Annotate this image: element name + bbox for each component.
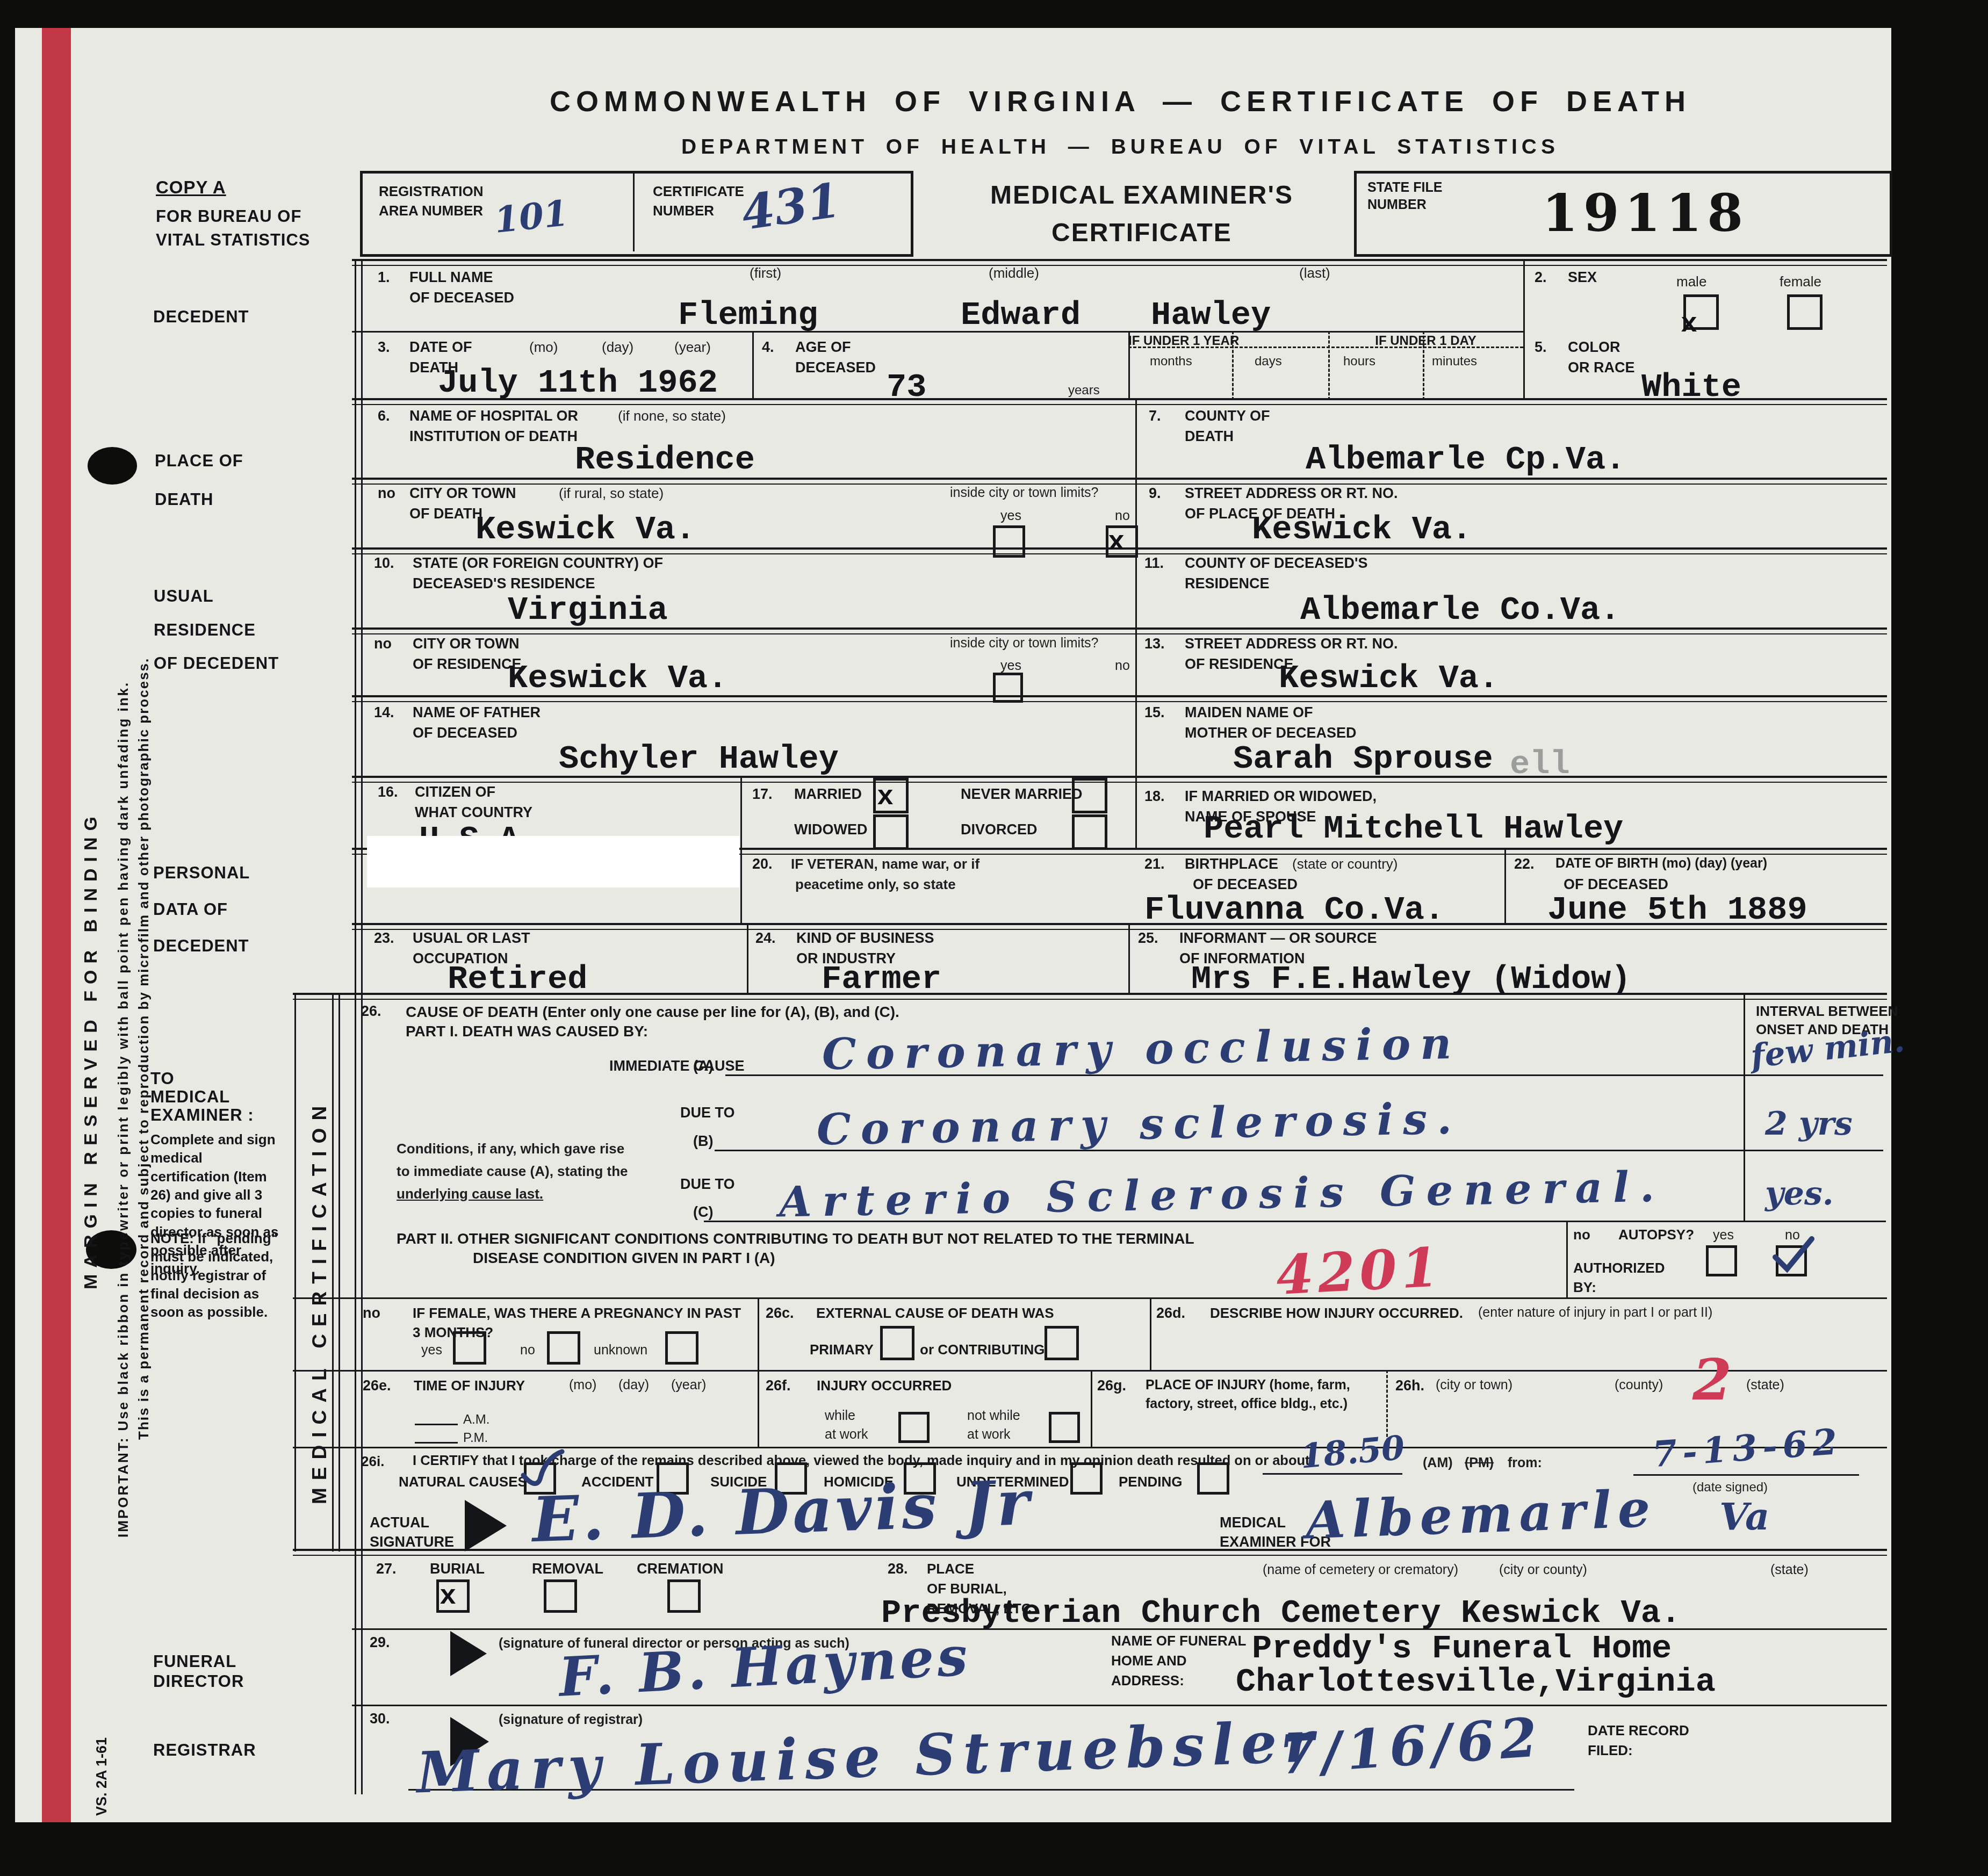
fullname-label2: OF DECEASED (409, 289, 514, 307)
interval-b-value: 2 yrs (1765, 1108, 1853, 1140)
copy-label: COPY A (156, 177, 226, 198)
pregnancy-yes-label: yes (421, 1342, 442, 1359)
state-residence-value: Virginia (508, 594, 668, 627)
informant-label1: INFORMANT — OR SOURCE (1179, 929, 1377, 948)
mo-hint: (mo) (529, 338, 558, 356)
punch-hole (88, 447, 137, 485)
authorized-label1: AUTHORIZED (1573, 1259, 1665, 1277)
years-label: years (1068, 383, 1100, 399)
rule (1091, 1370, 1092, 1447)
father-value: Schyler Hawley (559, 742, 839, 776)
copy-for-line2: VITAL STATISTICS (156, 230, 311, 250)
side-to2: MEDICAL (150, 1087, 230, 1107)
side-usual1: USUAL (154, 587, 214, 606)
city-death-label1: CITY OR TOWN (409, 485, 516, 503)
state-file-label1: STATE FILE (1367, 179, 1442, 196)
hours-label: hours (1343, 353, 1375, 370)
immediate-cause-label: IMMEDIATE CAUSE (609, 1057, 745, 1076)
authorized-label2: BY: (1573, 1279, 1596, 1296)
occupation-label1: USUAL OR LAST (413, 929, 530, 948)
primary-label: PRIMARY (810, 1341, 874, 1359)
sex-female-label: female (1780, 273, 1821, 291)
married-label: MARRIED (794, 785, 862, 804)
describe-injury-number: 26d. (1156, 1304, 1185, 1323)
date-of-death-number: 3. (378, 338, 390, 357)
informant-value: Mrs F.E.Hawley (Widow) (1191, 963, 1631, 996)
cause-a-value: Coronary occlusion (822, 1022, 1461, 1076)
due-to-label-1: DUE TO (680, 1104, 735, 1122)
side-registrar: REGISTRAR (153, 1741, 256, 1760)
rule (332, 993, 340, 1552)
margin-permanent-text: This is a permanent record and subject t… (135, 658, 152, 1440)
rule (1566, 1221, 1568, 1297)
cremation-label: CREMATION (637, 1560, 724, 1578)
limits2-label: inside city or town limits? (950, 635, 1098, 652)
county-death-number: 7. (1149, 407, 1161, 425)
copy-for-line1: FOR BUREAU OF (156, 207, 301, 226)
age-label1: AGE OF (795, 338, 851, 357)
never-married-checkbox (1072, 778, 1107, 813)
injury-occurred-label: INJURY OCCURRED (817, 1377, 952, 1395)
cause-number: 26. (361, 1002, 381, 1021)
injury-state-hint: (state) (1746, 1377, 1784, 1394)
ampm-from: from: (1508, 1455, 1542, 1471)
business-label1: KIND OF BUSINESS (796, 929, 934, 948)
pending-label: PENDING (1119, 1473, 1182, 1491)
sex-label: SEX (1568, 269, 1597, 287)
registrar-number: 30. (370, 1710, 390, 1728)
fullname-number: 1. (378, 269, 390, 287)
county-death-value: Albemarle Cp.Va. (1306, 443, 1625, 477)
rule (1744, 993, 1745, 1221)
father-label2: OF DECEASED (413, 724, 517, 742)
limits2-no-label: no (1115, 658, 1130, 674)
rule (740, 848, 742, 924)
side-decedent: DECEDENT (153, 307, 249, 327)
days-label: days (1255, 353, 1282, 370)
limits-no-mark: x (1108, 529, 1125, 557)
hospital-number: 6. (378, 407, 390, 425)
birthplace-label1: BIRTHPLACE (1185, 855, 1278, 874)
medical-examiner-state-value: Va (1719, 1498, 1769, 1535)
funeral-home-label2: HOME AND (1111, 1652, 1187, 1670)
interval-c-value: yes. (1765, 1178, 1834, 1210)
arrow-marker (465, 1500, 508, 1552)
medical-examiner-for-value: Albemarle (1305, 1483, 1658, 1547)
fullname-value-first: Fleming (678, 299, 818, 332)
state-file-label2: NUMBER (1367, 197, 1427, 213)
veteran-number: 20. (752, 855, 773, 874)
rule (633, 171, 635, 251)
street-residence-label2: OF RESIDENCE (1185, 655, 1294, 674)
part2-header2: DISEASE CONDITION GIVEN IN PART I (A) (473, 1249, 775, 1267)
hospital-label1: NAME OF HOSPITAL OR (409, 407, 578, 425)
medical-certification-vertical: MEDICAL CERTIFICATION (308, 1099, 331, 1504)
injury-city-hint: (city or town) (1436, 1377, 1512, 1394)
occupation-value: Retired (448, 963, 587, 996)
married-mark: x (877, 783, 894, 811)
natural-causes-label: NATURAL CAUSES (399, 1473, 527, 1491)
birthplace-number: 21. (1144, 855, 1165, 874)
state-hint: (state) (1770, 1562, 1809, 1578)
injury-city-number: 26h. (1395, 1377, 1424, 1395)
date-filed-value: 7/16/62 (1277, 1710, 1544, 1782)
color-number: 5. (1535, 338, 1547, 357)
limits-label: inside city or town limits? (950, 485, 1098, 501)
citizen-label1: CITIZEN OF (415, 783, 495, 802)
side-personal2: DATA OF (153, 900, 228, 919)
rule (740, 776, 742, 849)
state-file-number: 19118 (1542, 183, 1748, 243)
rule (1135, 398, 1137, 849)
day-hint: (day) (602, 338, 633, 356)
contributing-label: or CONTRIBUTING (920, 1341, 1045, 1359)
sex-male-label: male (1676, 273, 1706, 291)
county-residence-number: 11. (1144, 554, 1164, 573)
conditions-note2: to immediate cause (A), stating the (397, 1163, 628, 1180)
rule (352, 259, 1887, 266)
margin-important-text: IMPORTANT: Use black ribbon in typewrite… (115, 681, 132, 1538)
side-funeral2: DIRECTOR (153, 1672, 244, 1691)
contributing-checkbox (1045, 1326, 1079, 1360)
hospital-label2: INSTITUTION OF DEATH (409, 428, 578, 446)
rule (415, 1442, 458, 1444)
rule (293, 1549, 1887, 1556)
cause-c-label: (C) (693, 1203, 713, 1222)
rule (752, 331, 754, 400)
side-personal1: PERSONAL (153, 863, 250, 883)
registration-area-label1: REGISTRATION (379, 183, 484, 200)
medical-examiners-title1: MEDICAL EXAMINER'S (935, 181, 1349, 210)
actual-signature-label2: SIGNATURE (370, 1533, 454, 1552)
side-pending-note: NOTE: If "pending" must be indicated, no… (150, 1229, 289, 1322)
rule (1523, 259, 1525, 400)
cause-a-label: (A) (693, 1057, 713, 1076)
limits2-yes-label: yes (1000, 658, 1021, 674)
street-residence-label1: STREET ADDRESS OR RT. NO. (1185, 635, 1398, 653)
hospital-hint: (if none, so state) (618, 407, 726, 425)
autopsy-number: no (1573, 1226, 1590, 1244)
street-residence-value: Keswick Va. (1279, 662, 1499, 695)
rule (352, 331, 1524, 333)
rule (1263, 1473, 1402, 1475)
medical-examiner-for-label1: MEDICAL (1220, 1514, 1286, 1532)
pregnancy-no-label: no (520, 1342, 535, 1359)
rule (1128, 923, 1130, 994)
city-county-hint: (city or county) (1499, 1562, 1587, 1578)
due-to-label-2: DUE TO (680, 1175, 735, 1194)
date-of-death-label1: DATE OF (409, 338, 472, 357)
divorced-label: DIVORCED (961, 821, 1038, 839)
age-value: 73 (887, 371, 926, 404)
months-label: months (1150, 353, 1192, 370)
marital-number: 17. (752, 785, 773, 804)
not-while-label2: at work (967, 1426, 1011, 1443)
cause-header2: PART I. DEATH WAS CAUSED BY: (406, 1022, 648, 1041)
document-subtitle: DEPARTMENT OF HEALTH — BUREAU OF VITAL S… (355, 135, 1886, 159)
street-death-value: Keswick Va. (1252, 513, 1472, 546)
rule (1504, 848, 1506, 924)
city-residence-value: Keswick Va. (508, 662, 728, 695)
color-label1: COLOR (1568, 338, 1620, 357)
place-burial-number: 28. (888, 1560, 908, 1578)
birthplace-value: Fluvanna Co.Va. (1144, 893, 1444, 927)
time-injury-label: TIME OF INJURY (414, 1377, 525, 1395)
fullname-value-middle: Edward (961, 299, 1081, 332)
birthdate-value: June 5th 1889 (1547, 893, 1807, 927)
mother-value: Sarah Sprouse (1233, 742, 1493, 776)
date-signed-hint: (date signed) (1692, 1480, 1768, 1496)
place-burial-value: Presbyterian Church Cemetery Keswick Va. (881, 1597, 1681, 1630)
mother-label1: MAIDEN NAME OF (1185, 704, 1313, 722)
sex-number: 2. (1535, 269, 1547, 287)
medical-examiner-signature: E. D. Davis Jr (531, 1472, 1033, 1551)
fullname-value-last: Hawley (1151, 299, 1271, 332)
rule (1633, 1474, 1859, 1476)
business-number: 24. (755, 929, 776, 948)
street-death-number: 9. (1149, 485, 1161, 503)
limits2-yes-checkbox (993, 673, 1023, 703)
side-usual3: OF DECEDENT (154, 654, 279, 673)
redaction-box (367, 836, 739, 888)
never-married-label: NEVER MARRIED (961, 785, 1083, 804)
last-hint: (last) (1299, 264, 1330, 282)
ampm-am: (AM) (1423, 1455, 1453, 1471)
pregnancy-unknown-label: unknown (594, 1342, 647, 1359)
sex-female-checkbox (1787, 294, 1823, 330)
burial-mark: x (440, 1583, 456, 1611)
ampm-pm: (PM) (1465, 1455, 1494, 1471)
date-filed-label1: DATE RECORD (1588, 1722, 1689, 1740)
arrow-marker (450, 1631, 488, 1676)
date-of-death-value: July 11th 1962 (438, 366, 718, 400)
spouse-label1: IF MARRIED OR WIDOWED, (1185, 788, 1377, 806)
death-certificate-scan: MARGIN RESERVED FOR BINDING IMPORTANT: U… (0, 0, 1988, 1876)
binding-stripe (42, 28, 71, 1822)
first-hint: (first) (750, 264, 781, 282)
time-injury-number: 26e. (363, 1377, 391, 1395)
form-number: VS. 2A 1-61 (93, 1737, 110, 1816)
removal-label: REMOVAL (532, 1560, 603, 1578)
hospital-value: Residence (575, 443, 755, 477)
time-injury-mo: (mo) (569, 1377, 596, 1394)
widowed-checkbox (873, 814, 909, 850)
external-cause-number: 26c. (766, 1304, 794, 1323)
not-while-at-work-checkbox (1049, 1412, 1080, 1443)
not-while-label1: not while (967, 1408, 1020, 1424)
place-injury-label2: factory, street, office bldg., etc.) (1146, 1396, 1348, 1412)
cemetery-hint: (name of cemetery or crematory) (1263, 1562, 1458, 1578)
conditions-note1: Conditions, if any, which gave rise (397, 1140, 624, 1158)
state-residence-number: 10. (374, 554, 394, 573)
time-injury-yr: (year) (671, 1377, 706, 1394)
describe-injury-hint: (enter nature of injury in part I or par… (1478, 1304, 1712, 1321)
burial-number: 27. (376, 1560, 397, 1578)
sex-male-mark: x (1681, 311, 1697, 338)
city-death-number: no (378, 485, 395, 503)
burial-label: BURIAL (430, 1560, 485, 1578)
pregnancy-number: no (363, 1304, 380, 1323)
limits-no-label: no (1115, 508, 1130, 524)
city-residence-label2: OF RESIDENCE (413, 655, 522, 674)
side-place1: PLACE OF (155, 451, 243, 471)
funeral-director-number: 29. (370, 1634, 390, 1652)
funeral-home-label3: ADDRESS: (1111, 1672, 1184, 1690)
age-label2: DECEASED (795, 359, 876, 377)
city-residence-label1: CITY OR TOWN (413, 635, 520, 653)
city-death-label2: OF DEATH (409, 505, 482, 523)
fullname-label1: FULL NAME (409, 269, 493, 287)
autopsy-label: AUTOPSY? (1618, 1226, 1694, 1244)
certify-time-value: 18.50 (1299, 1431, 1406, 1474)
side-place2: DEATH (155, 490, 213, 509)
pregnancy-unknown-checkbox (665, 1331, 698, 1365)
rule (294, 993, 296, 1552)
side-funeral1: FUNERAL (153, 1652, 236, 1671)
mother-value-overstrike: ell (1510, 748, 1570, 781)
widowed-label: WIDOWED (794, 821, 867, 839)
interval-header1: INTERVAL BETWEEN (1756, 1002, 1898, 1020)
cause-header1: CAUSE OF DEATH (Enter only one cause per… (406, 1002, 899, 1021)
conditions-note3: underlying cause last. (397, 1185, 543, 1203)
injury-county-hint: (county) (1615, 1377, 1663, 1394)
primary-checkbox (880, 1326, 914, 1360)
margin-binding-text: MARGIN RESERVED FOR BINDING (81, 810, 102, 1289)
removal-checkbox (544, 1579, 577, 1613)
side-to1: TO (150, 1069, 175, 1088)
cause-b-label: (B) (693, 1132, 713, 1151)
document-title: COMMONWEALTH OF VIRGINIA — CERTIFICATE O… (355, 85, 1886, 118)
side-personal3: DECEDENT (153, 936, 249, 956)
place-injury-label1: PLACE OF INJURY (home, farm, (1146, 1377, 1350, 1394)
injury-occurred-number: 26f. (766, 1377, 791, 1395)
limits-yes-checkbox (993, 525, 1025, 558)
undetermined-checkbox (1070, 1462, 1103, 1495)
middle-hint: (middle) (989, 264, 1039, 282)
limits-yes-label: yes (1000, 508, 1021, 524)
time-injury-day: (day) (618, 1377, 649, 1394)
street-death-label1: STREET ADDRESS OR RT. NO. (1185, 485, 1398, 503)
funeral-home-label1: NAME OF FUNERAL (1111, 1632, 1246, 1650)
under-1-day-label: IF UNDER 1 DAY (1328, 333, 1523, 349)
pen-check-icon (1771, 1233, 1816, 1275)
spouse-number: 18. (1144, 788, 1165, 806)
pregnancy-no-checkbox (547, 1331, 580, 1365)
side-to3: EXAMINER : (150, 1106, 254, 1125)
pregnancy-yes-checkbox (453, 1331, 486, 1365)
rule (293, 1370, 1887, 1372)
minutes-label: minutes (1432, 353, 1477, 370)
autopsy-yes-checkbox (1706, 1245, 1737, 1276)
veteran-label1: IF VETERAN, name war, or if (791, 855, 979, 873)
city-death-value: Keswick Va. (476, 513, 695, 546)
autopsy-yes-label: yes (1713, 1227, 1734, 1244)
county-death-label2: DEATH (1185, 428, 1234, 446)
side-usual2: RESIDENCE (154, 620, 256, 640)
registrar-hint: (signature of registrar) (499, 1712, 643, 1728)
rule (293, 1297, 1887, 1299)
while-label1: while (825, 1408, 855, 1424)
business-value: Farmer (822, 963, 941, 996)
father-label1: NAME OF FATHER (413, 704, 541, 722)
citizen-label2: WHAT COUNTRY (415, 804, 532, 822)
rule (415, 1424, 458, 1425)
citizen-number: 16. (378, 783, 398, 802)
color-label2: OR RACE (1568, 359, 1635, 377)
certificate-number-label1: CERTIFICATE (653, 183, 744, 200)
certify-number: 26i. (361, 1453, 384, 1470)
pm-label: P.M. (463, 1430, 488, 1446)
registration-area-label2: AREA NUMBER (379, 202, 483, 220)
color-value: White (1641, 371, 1741, 404)
part2-value: 4201 (1275, 1240, 1444, 1302)
county-death-label1: COUNTY OF (1185, 407, 1270, 425)
pending-checkbox (1197, 1462, 1229, 1495)
under-1-year-label: IF UNDER 1 YEAR (1128, 333, 1232, 349)
cremation-checkbox (667, 1579, 701, 1613)
county-residence-label2: RESIDENCE (1185, 575, 1270, 593)
describe-injury-label: DESCRIBE HOW INJURY OCCURRED. (1210, 1304, 1463, 1322)
rule (747, 923, 748, 994)
certificate-number-value: 431 (739, 176, 843, 237)
birthdate-label1: DATE OF BIRTH (mo) (day) (year) (1555, 855, 1767, 872)
city-residence-number: no (374, 635, 392, 653)
funeral-home-value1: Preddy's Funeral Home (1252, 1632, 1672, 1665)
divorced-checkbox (1072, 814, 1107, 850)
am-label: A.M. (463, 1412, 489, 1428)
medical-examiners-title2: CERTIFICATE (935, 218, 1349, 248)
rule (758, 1297, 759, 1370)
mother-number: 15. (1144, 704, 1165, 722)
place-burial-label1: PLACE (927, 1560, 974, 1578)
birthplace-hint: (state or country) (1292, 855, 1398, 873)
part2-header1: PART II. OTHER SIGNIFICANT CONDITIONS CO… (397, 1229, 1194, 1248)
rule (758, 1370, 759, 1447)
year-hint: (year) (674, 338, 711, 356)
county-residence-value: Albemarle Co.Va. (1300, 594, 1620, 627)
funeral-home-value2: Charlottesville,Virginia (1236, 1665, 1716, 1699)
rule (1150, 1297, 1151, 1370)
cause-b-value: Coronary sclerosis. (816, 1097, 1461, 1151)
state-residence-label1: STATE (OR FOREIGN COUNTRY) OF (413, 554, 663, 573)
while-label2: at work (825, 1426, 868, 1443)
father-number: 14. (374, 704, 394, 722)
rule (355, 259, 363, 1794)
state-residence-label2: DECEASED'S RESIDENCE (413, 575, 595, 593)
registration-area-value: 101 (493, 195, 570, 238)
external-cause-label: EXTERNAL CAUSE OF DEATH WAS (816, 1304, 1054, 1322)
informant-number: 25. (1138, 929, 1158, 948)
place-injury-number: 26g. (1097, 1377, 1126, 1395)
injury-county-red-mark: 2 (1692, 1352, 1732, 1408)
certificate-number-label2: NUMBER (653, 202, 714, 220)
spouse-value: Pearl Mitchell Hawley (1204, 812, 1623, 846)
date-filed-label2: FILED: (1588, 1742, 1633, 1759)
occupation-number: 23. (374, 929, 394, 948)
actual-signature-label1: ACTUAL (370, 1514, 429, 1532)
while-at-work-checkbox (898, 1412, 930, 1443)
age-number: 4. (762, 338, 774, 357)
veteran-label2: peacetime only, so state (795, 876, 956, 893)
street-residence-number: 13. (1144, 635, 1165, 653)
birthdate-number: 22. (1514, 855, 1535, 874)
city-death-hint: (if rural, so state) (559, 485, 664, 502)
pregnancy-label1: IF FEMALE, WAS THERE A PREGNANCY IN PAST (413, 1304, 741, 1322)
county-residence-label1: COUNTY OF DECEASED'S (1185, 554, 1367, 573)
